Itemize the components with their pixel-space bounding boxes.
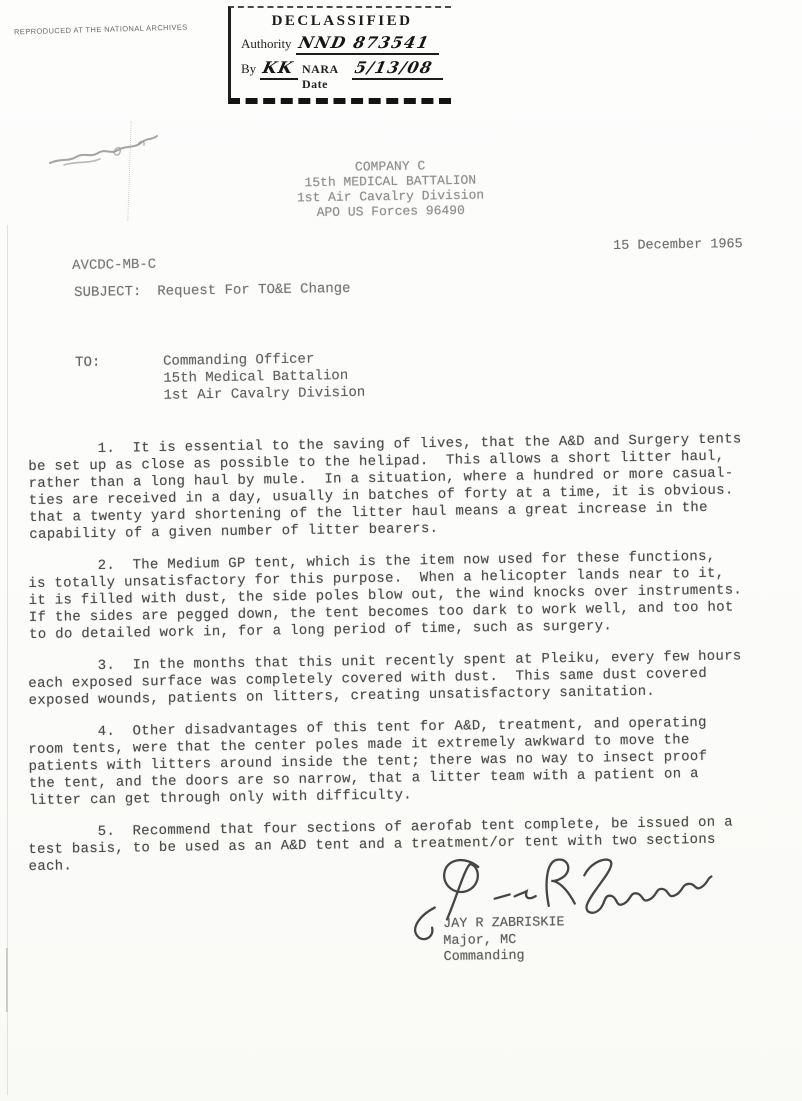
declassified-title: DECLASSIFIED [241,13,443,30]
archives-stamp: REPRODUCED AT THE NATIONAL ARCHIVES [14,23,188,37]
page-edge-mark [6,948,8,1012]
to-label: TO: [75,354,164,406]
subject-line: SUBJECT: Request For TO&E Change [74,281,351,301]
scanned-letter-page: REPRODUCED AT THE NATIONAL ARCHIVES DECL… [0,0,802,1101]
letter-body: 1. It is essential to the saving of live… [28,442,778,891]
by-value: KK [260,58,298,80]
declassified-stamp: DECLASSIFIED Authority NND 873541 By KK … [228,6,451,104]
signature-name: JAY R ZABRISKIE [443,915,565,933]
signature-title: Commanding [443,948,565,966]
subject-label: SUBJECT: [74,284,141,301]
to-block: TO: Commanding Officer 15th Medical Batt… [75,351,365,406]
subject-text: Request For TO&E Change [157,281,350,300]
authority-value: NND 873541 [296,33,440,55]
nara-date-label: NARA Date [302,62,348,92]
by-label: By [241,61,256,77]
nara-date-value: 5/13/08 [352,58,443,80]
pen-scribble-mark [46,127,166,175]
body-paragraph-3: 3. In the months that this unit recently… [28,648,779,710]
date-line: 15 December 1965 [613,237,743,254]
body-paragraph-4: 4. Other disadvantages of this tent for … [28,714,779,810]
nara-row: By KK NARA Date 5/13/08 [241,58,443,92]
body-paragraph-1: 1. It is essential to the saving of live… [28,431,779,544]
to-line-division: 1st Air Cavalry Division [163,385,365,405]
to-address: Commanding Officer 15th Medical Battalio… [163,351,365,405]
body-paragraph-2: 2. The Medium GP tent, which is the item… [28,548,779,644]
letterhead-apo-line: APO US Forces 96490 [253,202,529,221]
signature-rank: Major, MC [443,932,565,950]
letterhead: COMPANY C 15th MEDICAL BATTALION 1st Air… [252,157,529,221]
authority-row: Authority NND 873541 [241,33,443,55]
signature-block: JAY R ZABRISKIE Major, MC Commanding [443,915,565,966]
reference-line: AVCDC-MB-C [72,257,156,274]
authority-label: Authority [241,36,292,52]
